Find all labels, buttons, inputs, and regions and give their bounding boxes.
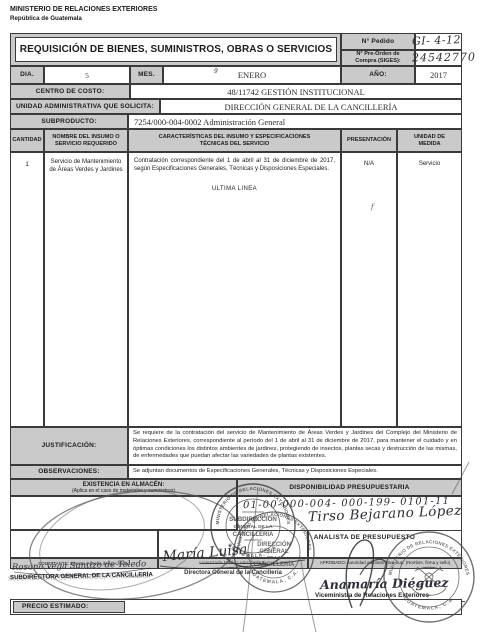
- cell-presentacion: N/A: [341, 152, 397, 427]
- aprobado-firma: Anamaría Diéguez: [320, 575, 449, 592]
- preorden-label-line1: N° Pre-Orden de: [356, 51, 399, 58]
- anio-label: AÑO:: [341, 66, 415, 84]
- observaciones-text: Se adjuntan documentos de Especificacion…: [128, 465, 462, 479]
- unidad-administrativa-value: DIRECCIÓN GENERAL DE LA CANCILLERÍA: [160, 99, 462, 114]
- col-header-cantidad: CANTIDAD: [10, 129, 44, 152]
- form-title: REQUISICIÓN DE BIENES, SUMINISTROS, OBRA…: [15, 37, 337, 62]
- dia-label: DIA.: [10, 66, 44, 84]
- preorden-label-line2: Compra (SIGES):: [355, 58, 400, 65]
- directora-strip: Licenciada María Luisa de la C.: [158, 558, 308, 569]
- ministry-name: MINISTERIO DE RELACIONES EXTERIORES: [10, 6, 157, 15]
- col-header-nombre: NOMBRE DEL INSUMO O SERVICIO REQUERIDO: [44, 129, 128, 152]
- directora-sign-box: [158, 530, 308, 558]
- col-header-unidad-medida: UNIDAD DE MEDIDA: [397, 129, 462, 152]
- cell-cantidad: 1: [10, 152, 44, 427]
- pedido-label: N° Pedido: [341, 33, 415, 50]
- existencia-almacen-label: EXISTENCIA EN ALMACÉN:: [83, 481, 165, 488]
- pedido-value-handwriting: GI- 4-12: [412, 33, 461, 48]
- cell-unidad-medida: Servicio: [397, 152, 462, 427]
- preorden-value-handwriting: 24542770: [412, 50, 476, 64]
- presentacion-stray-mark: f: [371, 203, 374, 211]
- mes-label: MES.: [130, 66, 163, 84]
- existencia-empty-box: [10, 496, 237, 530]
- dia-value: 5: [44, 66, 130, 84]
- observaciones-label: OBSERVACIONES:: [10, 465, 128, 479]
- existencia-almacen-sublabel: (Aplica en el caso de materiales y sumin…: [72, 488, 175, 494]
- solicitante-sign-box: [10, 530, 158, 558]
- existencia-almacen-header: EXISTENCIA EN ALMACÉN: (Aplica en el cas…: [10, 479, 237, 496]
- requisition-form-scan: MINISTERIO DE RELACIONES EXTERIORES Repú…: [0, 0, 500, 632]
- justificacion-label: JUSTIFICACIÓN:: [10, 427, 128, 465]
- centro-costo-label: CENTRO DE COSTO:: [10, 84, 130, 99]
- analista-cargo: ANALISTA DE PRESUPUESTO: [302, 534, 427, 541]
- justificacion-text: Se requiere de la contratación del servi…: [128, 427, 462, 465]
- cell-caracteristicas: Contratación correspondiente del 1 de ab…: [128, 152, 341, 427]
- col-header-caracteristicas: CARACTERÍSTICAS DEL INSUMO Y ESPECIFICAC…: [128, 129, 341, 152]
- unidad-administrativa-label: UNIDAD ADMINISTRATIVA QUE SOLICITA:: [10, 99, 160, 114]
- letterhead: MINISTERIO DE RELACIONES EXTERIORES Repú…: [10, 6, 157, 23]
- directora-cargo: Directora General de la Cancillería: [162, 570, 304, 576]
- caracteristicas-text: Contratación correspondiente del 1 de ab…: [134, 157, 335, 174]
- cell-nombre: Servicio de Mantenimiento de Áreas Verde…: [44, 152, 128, 427]
- disponibilidad-header: DISPONIBILIDAD PRESUPUESTARIA: [237, 479, 462, 496]
- subproducto-value: 7254/000-004-0002 Administración General: [128, 114, 462, 129]
- aprobado-strip: APROBADO: Autoridad Administrativa Sup. …: [308, 558, 462, 569]
- subproducto-label: SUBPRODUCTO:: [10, 114, 128, 129]
- country-name: República de Guatemala: [10, 15, 157, 23]
- precio-estimado-label: PRECIO ESTIMADO:: [13, 601, 125, 613]
- mes-stray-mark: 9: [214, 68, 218, 75]
- anio-value: 2017: [415, 66, 462, 84]
- col-header-presentacion: PRESENTACIÓN: [341, 129, 397, 152]
- preorden-label: N° Pre-Orden de Compra (SIGES):: [341, 50, 415, 66]
- centro-costo-value: 48/11742 GESTIÓN INSTITUCIONAL: [130, 84, 462, 99]
- ultima-linea-text: ULTIMA LINEA: [134, 186, 335, 192]
- mes-value: ENERO: [163, 66, 341, 84]
